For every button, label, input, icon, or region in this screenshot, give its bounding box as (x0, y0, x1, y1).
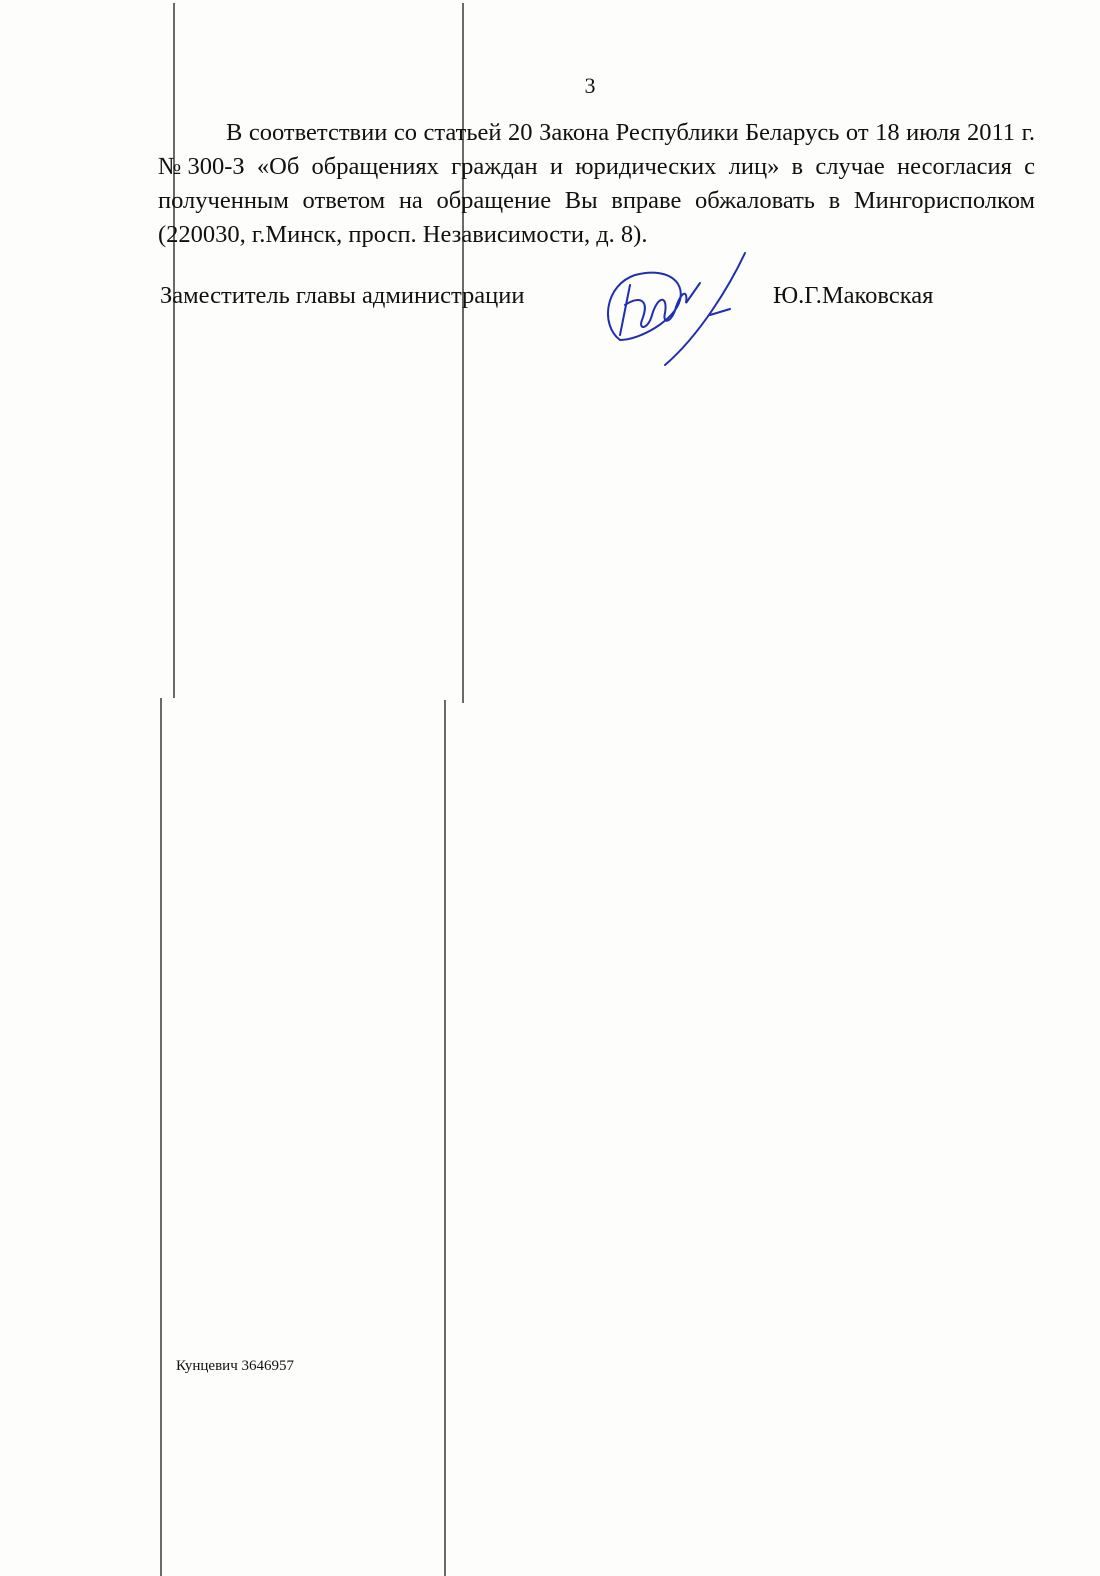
page-number: 3 (0, 73, 1100, 99)
signature-icon (590, 245, 760, 370)
signatory-name: Ю.Г.Маковская (773, 282, 933, 310)
body-paragraph: В соответствии со статьей 20 Закона Респ… (158, 116, 1035, 252)
scan-fold-line-right (462, 3, 464, 703)
scan-fold-line-left-lower (160, 698, 162, 1576)
scan-fold-line-right-lower (444, 700, 446, 1576)
executor-note: Кунцевич 3646957 (176, 1358, 294, 1375)
signatory-title: Заместитель главы администрации (160, 282, 525, 310)
scan-fold-line-left (173, 3, 175, 698)
